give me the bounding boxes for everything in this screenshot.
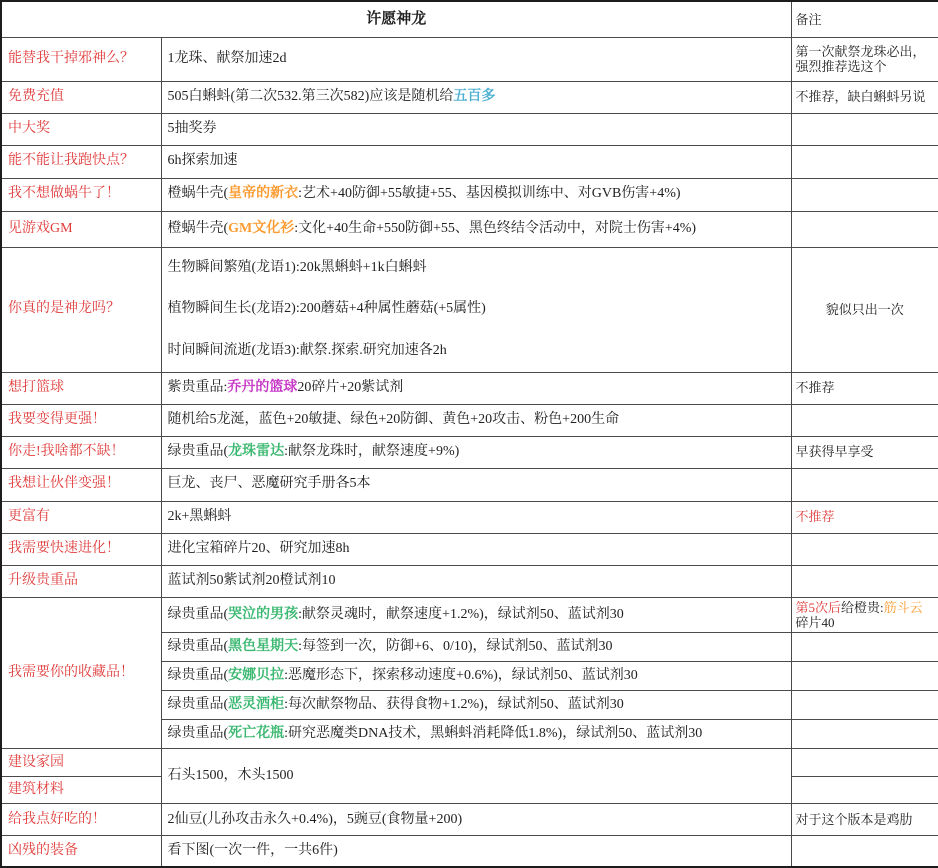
text-run: 见游戏GM (8, 221, 73, 236)
table-row: 我需要你的收藏品！绿贵重品(哭泣的男孩:献祭灵魂时，献祭速度+1.2%)，绿试剂… (1, 597, 938, 633)
text-line: 早获得早享受 (796, 444, 935, 459)
remark-cell (791, 777, 938, 804)
text-line: 不推荐，缺白蝌蚪另说 (796, 89, 935, 104)
remark-cell (791, 211, 938, 247)
remark-cell (791, 404, 938, 436)
text-line: 我需要快速进化！ (8, 540, 155, 558)
text-line: 不推荐 (796, 509, 935, 524)
text-run: 生物瞬间繁殖(龙语1):20k黑蝌蚪+1k白蝌蚪 (168, 260, 427, 275)
remark-cell: 对于这个版本是鸡肋 (791, 804, 938, 836)
text-line: 不推荐 (796, 380, 935, 395)
text-line: 我不想做蜗牛了！ (8, 185, 155, 203)
text-run: 你走!我啥都不缺！ (8, 444, 125, 459)
text-run: 巨龙、丧尸、恶魔研究手册各5本 (168, 476, 371, 491)
text-line: 能替我干掉邪神么？ (8, 50, 155, 68)
text-line: 貌似只出一次 (796, 302, 935, 317)
wish-option-cell: 给我点好吃的！ (1, 804, 161, 836)
text-run: 绿贵重品( (168, 726, 229, 741)
text-line: 植物瞬间生长(龙语2):200蘑菇+4种属性蘑菇(+5属性) (168, 300, 785, 318)
text-run: 不推荐 (796, 380, 835, 395)
text-line: 你走!我啥都不缺！ (8, 443, 155, 461)
text-line: 5抽奖券 (168, 120, 785, 138)
reward-detail-cell: 绿贵重品(黑色星期天:每签到一次，防御+6、0/10)，绿试剂50、蓝试剂30 (161, 633, 791, 662)
text-run: 能替我干掉邪神么？ (8, 51, 134, 66)
remark-cell (791, 468, 938, 501)
wish-option-cell: 我想让伙伴变强！ (1, 468, 161, 501)
text-run: 石头1500，木头1500 (168, 768, 294, 783)
text-run: :每次献祭物品、获得食物+1.2%)，绿试剂50、蓝试剂30 (284, 697, 624, 712)
text-run: 绿贵重品( (168, 697, 229, 712)
text-line: 生物瞬间繁殖(龙语1):20k黑蝌蚪+1k白蝌蚪 (168, 259, 785, 277)
table-row: 你真的是神龙吗？生物瞬间繁殖(龙语1):20k黑蝌蚪+1k白蝌蚪植物瞬间生长(龙… (1, 247, 938, 372)
reward-detail-cell: 505白蝌蚪(第二次532.第三次582)应该是随机给五百多 (161, 81, 791, 113)
text-run: :文化+40生命+550防御+55、黑色终结令活动中，对院士伤害+4%) (294, 221, 696, 236)
remark-cell: 貌似只出一次 (791, 247, 938, 372)
wish-option-cell: 能不能让我跑快点？ (1, 145, 161, 178)
text-run: :恶魔形态下，探索移动速度+0.6%)，绿试剂50、蓝试剂30 (284, 668, 638, 683)
text-line: 绿贵重品(黑色星期天:每签到一次，防御+6、0/10)，绿试剂50、蓝试剂30 (168, 638, 785, 656)
reward-detail-cell: 橙蜗牛壳(皇帝的新衣:艺术+40防御+55敏捷+55、基因模拟训练中、对GVB伤… (161, 178, 791, 211)
remark-cell: 早获得早享受 (791, 436, 938, 468)
text-run: 我需要快速进化！ (8, 541, 120, 556)
remark-cell (791, 145, 938, 178)
table-row: 想打篮球紫贵重品:乔丹的篮球20碎片+20紫试剂不推荐 (1, 372, 938, 404)
reward-detail-cell: 橙蜗牛壳(GM文化衫:文化+40生命+550防御+55、黑色终结令活动中，对院士… (161, 211, 791, 247)
text-run: 1龙珠、献祭加速2d (168, 51, 287, 66)
reward-detail-cell: 进化宝箱碎片20、研究加速8h (161, 533, 791, 565)
wish-option-cell: 能替我干掉邪神么？ (1, 37, 161, 81)
table-title: 许愿神龙 (1, 1, 791, 37)
text-run: 看下图(一次一件，一共6件) (168, 843, 338, 858)
text-run: 更富有 (8, 509, 50, 524)
text-run: 黑色星期天 (228, 639, 298, 654)
text-line: 升级贵重品 (8, 572, 155, 590)
text-line: 凶残的装备 (8, 842, 155, 860)
remark-cell (791, 749, 938, 777)
reward-detail-cell: 生物瞬间繁殖(龙语1):20k黑蝌蚪+1k白蝌蚪植物瞬间生长(龙语2):200蘑… (161, 247, 791, 372)
text-run: 早获得早享受 (796, 444, 874, 459)
table-row: 能不能让我跑快点？6h探索加速 (1, 145, 938, 178)
reward-detail-cell: 1龙珠、献祭加速2d (161, 37, 791, 81)
reward-detail-cell: 绿贵重品(龙珠雷达:献祭龙珠时，献祭速度+9%) (161, 436, 791, 468)
table-row: 免费充值505白蝌蚪(第二次532.第三次582)应该是随机给五百多不推荐，缺白… (1, 81, 938, 113)
text-run: 恶灵酒柜 (228, 697, 284, 712)
text-run: 你真的是神龙吗？ (8, 301, 120, 316)
text-line: 2k+黑蝌蚪 (168, 508, 785, 526)
text-run: 时间瞬间流逝(龙语3):献祭.探索.研究加速各2h (168, 343, 447, 358)
text-line: 想打篮球 (8, 379, 155, 397)
text-run: :每签到一次，防御+6、0/10)，绿试剂50、蓝试剂30 (298, 639, 612, 654)
wish-option-cell: 我需要你的收藏品！ (1, 597, 161, 749)
wish-dragon-guide-page: 许愿神龙备注能替我干掉邪神么？1龙珠、献祭加速2d第一次献祭龙珠必出，强烈推荐选… (0, 0, 938, 868)
table-row: 许愿神龙备注 (1, 1, 938, 37)
text-line: 绿贵重品(龙珠雷达:献祭龙珠时，献祭速度+9%) (168, 443, 785, 461)
reward-detail-cell: 6h探索加速 (161, 145, 791, 178)
wish-option-cell: 我不想做蜗牛了！ (1, 178, 161, 211)
reward-detail-cell: 巨龙、丧尸、恶魔研究手册各5本 (161, 468, 791, 501)
text-run: 五百多 (453, 89, 495, 104)
text-run: 绿贵重品( (168, 639, 229, 654)
text-run: 能不能让我跑快点？ (8, 153, 134, 168)
text-run: 免费充值 (8, 89, 64, 104)
text-run: 5抽奖券 (168, 121, 217, 136)
text-line: 免费充值 (8, 88, 155, 106)
text-run: 绿贵重品( (168, 607, 229, 622)
text-run: 乔丹的篮球 (227, 380, 297, 395)
text-line: 绿贵重品(恶灵酒柜:每次献祭物品、获得食物+1.2%)，绿试剂50、蓝试剂30 (168, 696, 785, 714)
text-line: 石头1500，木头1500 (168, 767, 785, 785)
table-row: 升级贵重品蓝试剂50紫试剂20橙试剂10 (1, 565, 938, 597)
wish-option-cell: 见游戏GM (1, 211, 161, 247)
remark-cell (791, 720, 938, 749)
text-line: 2仙豆(儿孙攻击永久+0.4%)，5豌豆(食物量+200) (168, 811, 785, 829)
text-run: 对于这个版本是鸡肋 (796, 812, 913, 827)
table-row: 我需要快速进化！进化宝箱碎片20、研究加速8h (1, 533, 938, 565)
remark-cell: 备注 (791, 1, 938, 37)
text-line: 橙蜗牛壳(皇帝的新衣:艺术+40防御+55敏捷+55、基因模拟训练中、对GVB伤… (168, 185, 785, 203)
text-run: 碎片40 (796, 615, 835, 630)
text-run: 第一次献祭龙珠必出，强烈推荐选这个 (796, 44, 926, 74)
wish-option-cell: 更富有 (1, 501, 161, 533)
wish-option-cell: 你走!我啥都不缺！ (1, 436, 161, 468)
text-run: 升级贵重品 (8, 573, 78, 588)
text-line: 备注 (796, 12, 935, 27)
text-run: 皇帝的新衣 (228, 186, 298, 201)
wish-option-cell: 中大奖 (1, 113, 161, 145)
text-run: 蓝试剂50紫试剂20橙试剂10 (168, 573, 336, 588)
wish-option-cell: 建设家园 (1, 749, 161, 777)
table-row: 中大奖5抽奖券 (1, 113, 938, 145)
table-row: 更富有2k+黑蝌蚪不推荐 (1, 501, 938, 533)
remark-cell (791, 113, 938, 145)
text-line: 对于这个版本是鸡肋 (796, 812, 935, 827)
reward-detail-cell: 绿贵重品(死亡花瓶:研究恶魔类DNA技术，黑蝌蚪消耗降低1.8%)，绿试剂50、… (161, 720, 791, 749)
remark-cell: 不推荐 (791, 501, 938, 533)
text-run: 紫贵重品: (168, 380, 228, 395)
reward-detail-cell: 看下图(一次一件，一共6件) (161, 836, 791, 867)
wish-option-cell: 我需要快速进化！ (1, 533, 161, 565)
text-line: 建筑材料 (8, 781, 155, 799)
text-run: 备注 (796, 12, 822, 27)
text-run: 死亡花瓶 (228, 726, 284, 741)
text-line: 我需要你的收藏品！ (8, 664, 155, 682)
text-run: 植物瞬间生长(龙语2):200蘑菇+4种属性蘑菇(+5属性) (168, 301, 486, 316)
text-run: 随机给5龙涎，蓝色+20敏捷、绿色+20防御、黄色+20攻击、粉色+200生命 (168, 412, 620, 427)
remark-cell (791, 691, 938, 720)
text-run: 龙珠雷达 (228, 444, 284, 459)
remark-cell: 第5次后给橙贵:筋斗云碎片40 (791, 597, 938, 633)
text-run: 6h探索加速 (168, 153, 238, 168)
table-row: 能替我干掉邪神么？1龙珠、献祭加速2d第一次献祭龙珠必出，强烈推荐选这个 (1, 37, 938, 81)
text-run: 不推荐，缺白蝌蚪另说 (796, 89, 926, 104)
wish-dragon-table-body: 许愿神龙备注能替我干掉邪神么？1龙珠、献祭加速2d第一次献祭龙珠必出，强烈推荐选… (1, 1, 938, 867)
text-run: 橙蜗牛壳( (168, 186, 229, 201)
reward-detail-cell: 绿贵重品(哭泣的男孩:献祭灵魂时，献祭速度+1.2%)，绿试剂50、蓝试剂30 (161, 597, 791, 633)
text-run: :研究恶魔类DNA技术，黑蝌蚪消耗降低1.8%)，绿试剂50、蓝试剂30 (284, 726, 702, 741)
text-run: 安娜贝拉 (228, 668, 284, 683)
text-line: 建设家园 (8, 754, 155, 772)
reward-detail-cell: 随机给5龙涎，蓝色+20敏捷、绿色+20防御、黄色+20攻击、粉色+200生命 (161, 404, 791, 436)
remark-cell (791, 662, 938, 691)
table-row: 凶残的装备看下图(一次一件，一共6件) (1, 836, 938, 867)
text-run: 进化宝箱碎片20、研究加速8h (168, 541, 350, 556)
wish-option-cell: 免费充值 (1, 81, 161, 113)
text-run: :艺术+40防御+55敏捷+55、基因模拟训练中、对GVB伤害+4%) (298, 186, 680, 201)
remark-cell: 第一次献祭龙珠必出，强烈推荐选这个 (791, 37, 938, 81)
text-line: 许愿神龙 (8, 10, 785, 30)
text-run: 给我点好吃的！ (8, 812, 106, 827)
text-run: 想打篮球 (8, 380, 64, 395)
text-line: 我要变得更强！ (8, 411, 155, 429)
text-line: 看下图(一次一件，一共6件) (168, 842, 785, 860)
text-run: 我要变得更强！ (8, 412, 106, 427)
remark-cell (791, 633, 938, 662)
text-run: 哭泣的男孩 (228, 607, 298, 622)
text-line: 第5次后给橙贵:筋斗云碎片40 (796, 600, 935, 631)
text-line: 我想让伙伴变强！ (8, 475, 155, 493)
text-line: 能不能让我跑快点？ (8, 152, 155, 170)
remark-cell (791, 565, 938, 597)
table-row: 给我点好吃的！2仙豆(儿孙攻击永久+0.4%)，5豌豆(食物量+200)对于这个… (1, 804, 938, 836)
remark-cell: 不推荐，缺白蝌蚪另说 (791, 81, 938, 113)
reward-detail-cell: 绿贵重品(恶灵酒柜:每次献祭物品、获得食物+1.2%)，绿试剂50、蓝试剂30 (161, 691, 791, 720)
text-run: :献祭灵魂时，献祭速度+1.2%)，绿试剂50、蓝试剂30 (298, 607, 624, 622)
text-run: 505白蝌蚪(第二次532.第三次582)应该是随机给 (168, 89, 454, 104)
text-line: 绿贵重品(哭泣的男孩:献祭灵魂时，献祭速度+1.2%)，绿试剂50、蓝试剂30 (168, 606, 785, 624)
text-line: 随机给5龙涎，蓝色+20敏捷、绿色+20防御、黄色+20攻击、粉色+200生命 (168, 411, 785, 429)
wish-option-cell: 你真的是神龙吗？ (1, 247, 161, 372)
text-line: 绿贵重品(安娜贝拉:恶魔形态下，探索移动速度+0.6%)，绿试剂50、蓝试剂30 (168, 667, 785, 685)
table-row: 我想让伙伴变强！巨龙、丧尸、恶魔研究手册各5本 (1, 468, 938, 501)
text-run: 中大奖 (8, 121, 50, 136)
text-run: 2仙豆(儿孙攻击永久+0.4%)，5豌豆(食物量+200) (168, 812, 463, 827)
text-line: 橙蜗牛壳(GM文化衫:文化+40生命+550防御+55、黑色终结令活动中，对院士… (168, 220, 785, 238)
wish-option-cell: 升级贵重品 (1, 565, 161, 597)
table-row: 我要变得更强！随机给5龙涎，蓝色+20敏捷、绿色+20防御、黄色+20攻击、粉色… (1, 404, 938, 436)
reward-detail-cell: 绿贵重品(安娜贝拉:恶魔形态下，探索移动速度+0.6%)，绿试剂50、蓝试剂30 (161, 662, 791, 691)
text-line: 给我点好吃的！ (8, 811, 155, 829)
reward-detail-cell: 2仙豆(儿孙攻击永久+0.4%)，5豌豆(食物量+200) (161, 804, 791, 836)
text-run: GM文化衫 (228, 221, 294, 236)
text-run: 不推荐 (796, 509, 835, 524)
text-run: 我不想做蜗牛了！ (8, 186, 120, 201)
text-run: 2k+黑蝌蚪 (168, 509, 232, 524)
text-run: 凶残的装备 (8, 843, 78, 858)
remark-cell (791, 178, 938, 211)
reward-detail-cell: 石头1500，木头1500 (161, 749, 791, 804)
wish-option-cell: 建筑材料 (1, 777, 161, 804)
wish-option-cell: 我要变得更强！ (1, 404, 161, 436)
text-line: 1龙珠、献祭加速2d (168, 50, 785, 68)
wish-option-cell: 想打篮球 (1, 372, 161, 404)
table-row: 建设家园石头1500，木头1500 (1, 749, 938, 777)
text-line: 进化宝箱碎片20、研究加速8h (168, 540, 785, 558)
remark-cell (791, 836, 938, 867)
text-run: 建设家园 (8, 755, 64, 770)
text-run: 20碎片+20紫试剂 (297, 380, 403, 395)
text-run: 貌似只出一次 (826, 302, 904, 317)
text-run: 绿贵重品( (168, 668, 229, 683)
text-run: 筋斗云 (884, 600, 923, 615)
reward-detail-cell: 5抽奖券 (161, 113, 791, 145)
text-run: 橙蜗牛壳( (168, 221, 229, 236)
wish-dragon-table: 许愿神龙备注能替我干掉邪神么？1龙珠、献祭加速2d第一次献祭龙珠必出，强烈推荐选… (0, 0, 938, 868)
table-row: 我不想做蜗牛了！橙蜗牛壳(皇帝的新衣:艺术+40防御+55敏捷+55、基因模拟训… (1, 178, 938, 211)
reward-detail-cell: 2k+黑蝌蚪 (161, 501, 791, 533)
text-line: 时间瞬间流逝(龙语3):献祭.探索.研究加速各2h (168, 342, 785, 360)
table-row: 你走!我啥都不缺！绿贵重品(龙珠雷达:献祭龙珠时，献祭速度+9%)早获得早享受 (1, 436, 938, 468)
text-line: 中大奖 (8, 120, 155, 138)
text-run: 绿贵重品( (168, 444, 229, 459)
table-row: 见游戏GM橙蜗牛壳(GM文化衫:文化+40生命+550防御+55、黑色终结令活动… (1, 211, 938, 247)
text-line: 更富有 (8, 508, 155, 526)
text-run: 建筑材料 (8, 782, 64, 797)
text-run: 许愿神龙 (366, 11, 426, 27)
text-line: 紫贵重品:乔丹的篮球20碎片+20紫试剂 (168, 379, 785, 397)
remark-cell (791, 533, 938, 565)
text-run: 给橙贵: (841, 600, 884, 615)
text-line: 505白蝌蚪(第二次532.第三次582)应该是随机给五百多 (168, 88, 785, 106)
wish-option-cell: 凶残的装备 (1, 836, 161, 867)
reward-detail-cell: 紫贵重品:乔丹的篮球20碎片+20紫试剂 (161, 372, 791, 404)
text-line: 绿贵重品(死亡花瓶:研究恶魔类DNA技术，黑蝌蚪消耗降低1.8%)，绿试剂50、… (168, 725, 785, 743)
remark-cell: 不推荐 (791, 372, 938, 404)
text-line: 第一次献祭龙珠必出，强烈推荐选这个 (796, 44, 935, 75)
text-line: 蓝试剂50紫试剂20橙试剂10 (168, 572, 785, 590)
text-run: 我想让伙伴变强！ (8, 476, 120, 491)
text-line: 见游戏GM (8, 220, 155, 238)
text-run: :献祭龙珠时，献祭速度+9%) (284, 444, 459, 459)
text-line: 6h探索加速 (168, 152, 785, 170)
text-run: 我需要你的收藏品！ (8, 665, 134, 680)
text-run: 第5次后 (796, 600, 842, 615)
text-line: 你真的是神龙吗？ (8, 300, 155, 318)
text-line: 巨龙、丧尸、恶魔研究手册各5本 (168, 475, 785, 493)
reward-detail-cell: 蓝试剂50紫试剂20橙试剂10 (161, 565, 791, 597)
